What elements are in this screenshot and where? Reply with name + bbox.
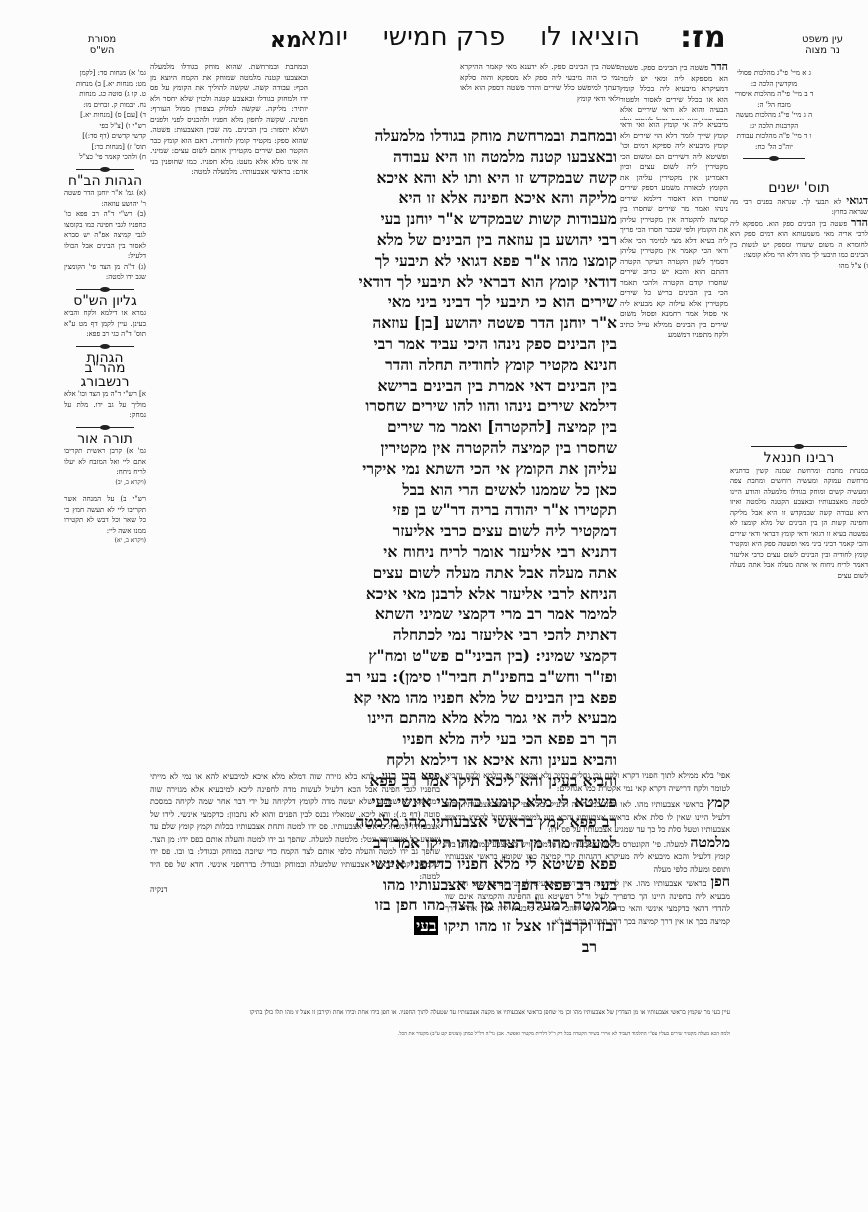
- gemara-line: כאן כל שממנו לאשים הרי הוא בבל: [312, 480, 617, 501]
- title-word: יומא: [300, 22, 348, 52]
- ein-mishpat-item: ו ד מיי' פ"ה מהלכות עבודת יוה"כ הל' כח:: [730, 131, 818, 152]
- tag-line: עין משפט: [802, 34, 843, 45]
- rashi-upper-text: פשטה בין הבינים ספק. לא ידענא מאי קאמר ה…: [460, 62, 620, 103]
- gemara-line: תקטירו א"ר יהודה בריה דר"ש בן פזי: [312, 500, 617, 521]
- rashi-commentary-side: ובמחבת ובמרחשת. שהוא מוחק בגודלו מלמעלה …: [150, 62, 308, 762]
- gemara-line: חנינא מקטיר קומץ לחודיה תחלה והדר: [312, 355, 617, 376]
- masoret-hashas-column: גמ' א) מנחות סד: [לקמן מט: מנחות יא.] ב)…: [64, 68, 146, 547]
- masoret-line: רש"י ו) [צ"ל כפי: [64, 121, 146, 132]
- gemara-line: ובמחבת ובמרחשת מוחק בגודלו מלמעלה: [312, 126, 617, 147]
- gemara-line: ופז"ר וחש"ב בחפינ"ת חביר"ו סימן): בעי רב: [312, 667, 617, 688]
- page-number: מז:: [680, 20, 726, 55]
- tosafot-yeshanim-column: תוס' ישנים דגואי לא תבעי לך. שנראה בפנים…: [730, 180, 868, 435]
- tosafot-yeshanim-entry: דגואי לא תבעי לך. שנראה בפנים רבי מה שנר…: [730, 196, 868, 218]
- gemara-line: מליקה והא איכא חפינה אלא זו היא: [312, 188, 617, 209]
- ein-mishpat-item: ה ג מיי' פי"ג מהלכות מעשה הקרבנות הלכה י…: [730, 110, 818, 131]
- gemara-line: דודאי קומץ הוא דבראי לא תיבעי לך דודאי: [312, 272, 617, 293]
- ornament-divider: [76, 346, 133, 347]
- gemara-line: שירים הוא כי תיבעי לך דביני ביני מאי: [312, 292, 617, 313]
- ein-mishpat-tag: עין משפט נר מצוה: [802, 34, 843, 56]
- tosafot-entry: קמץ בראשי אצבעותיו מהו. לאו היינו כמו דה…: [445, 797, 730, 837]
- rabbeinu-text: במנחת מחבת ומרחשת שמנה קשין כדתניא מרחשת…: [730, 466, 868, 582]
- gemara-line: אתה מעלה אבל אתה מעלה לשום עצים: [312, 563, 617, 584]
- title-word: הוציאו לו: [540, 22, 640, 52]
- gemara-line: פפא בין הבינים של מלא חפניו מהו מאי קא: [312, 688, 617, 709]
- tosafot-lower-block: אפי' בלא ממילא לתוך חפניו דקרא ולקח גבי …: [445, 770, 730, 1005]
- gemara-line: דילמא שירים נינהו והוו להו שירים שחסרו: [312, 396, 617, 417]
- entry-text: בראשי אצבעותיו מהו. אין להקשות כיון דכבר…: [445, 879, 730, 926]
- ornament-divider: [76, 169, 133, 170]
- masoret-line: מט: מנחות יא.] ב) מנחות: [64, 79, 146, 90]
- entry-text: למעלה. פי' הקונטרס בראשי אצבעותיו מן מלמ…: [445, 840, 730, 874]
- tosafot-upper-block: הדר פשטה בין הבינים ספק. פשטה הא מספקא ל…: [620, 62, 728, 120]
- tosafot-yeshanim-title: תוס' ישנים: [730, 183, 868, 194]
- gemara-line: דתניא רבי אליעזר אומר לריח ניחוח אי: [312, 542, 617, 563]
- masoret-line: נח. יבמות ק. זבחים מו:: [64, 100, 146, 111]
- rashi-lower-block: פפא הכי בעי. להא בלא גזירה שוה דמלא מלא …: [150, 770, 440, 1000]
- gilyon-hashas-title: גליון הש"ס: [64, 296, 146, 307]
- masoret-line: ד) [עם] ס) [מנחות יא.]: [64, 110, 146, 121]
- gemara-line: מבעיא ליה אי גמר מלא מלא מהתם היינו: [312, 708, 617, 729]
- footnote-line: ולמה הכא מעלה מקטיר שירים בעליו עפ"י התל…: [150, 1030, 730, 1039]
- entry-text: פשטה בין הבינים ספק הוא. מספקא ליה לרבי …: [730, 220, 868, 260]
- gemara-line: מעבודות קשות שבמקדש א"ר יוחנן בעי: [312, 209, 617, 230]
- gemara-line: א"ר יוחנן הדר פשטה יהושע [בן] עוזאה: [312, 313, 617, 334]
- tosafot-entry: מלמטה למעלה. פי' הקונטרס בראשי אצבעותיו …: [445, 837, 730, 877]
- chapter-title: הוציאו לו פרק חמישי יומא: [300, 22, 640, 52]
- gemara-line: בין קמיצה [להקטרה] ואמר מר שירים: [312, 417, 617, 438]
- gilyon-text: גמרא או דילמא ולקח והביא בעינן. עיין לקמ…: [64, 308, 146, 340]
- hagahot-item: (ג) ד"ה מן הצד פי' הקומצין שגב ידו למטה:: [64, 262, 146, 283]
- dibur-hamatchil: דגואי: [846, 194, 868, 207]
- maharav-title: הגהות מהר"ב: [64, 353, 146, 374]
- rabbeinu-chananel-title: רבינו חננאל: [730, 453, 868, 464]
- maharav-title2: רנשבורג: [64, 377, 146, 388]
- tosafot-yeshanim-entry: הדר פשטה בין הבינים ספק הוא. מספקא ליה ל…: [730, 218, 868, 261]
- tosafot-commentary-side: מיבעיא ליה אי קומץ הוא ואי ודאי קומץ שיי…: [620, 120, 728, 765]
- gemara-line: דקמצי שמיני: (בין הביני"ם פש"ט ומח"ץ: [312, 646, 617, 667]
- dibur-hamatchil: חפן: [711, 874, 730, 890]
- masoret-hashas-tag: מסורת הש"ס: [88, 34, 116, 56]
- rashi-lower-catchword: דנקיה: [150, 884, 440, 897]
- gemara-line: קומצו מהו א"ר פפא דגואי לא תיבעי לך: [312, 251, 617, 272]
- gemara-line: קשה שבמקדש זו היא ותו לא והא איכא: [312, 168, 617, 189]
- gemara-line: דמקטיר ליה לשום עצים כרבי אליעזר: [312, 521, 617, 542]
- gemara-line: למימר אמר רב מרי דקמצי שמיני השתא: [312, 604, 617, 625]
- ein-mishpat-item: ד ב מיי' פי"ה מהלכות איסורי מזבח הל' ה:: [730, 89, 818, 110]
- tag-line: נר מצוה: [802, 45, 843, 56]
- tosafot-entry: חפן בראשי אצבעותיו מהו. אין להקשות כיון …: [445, 876, 730, 928]
- gemara-line: בין הבינים דאי אמרת בין הבינים ברישא: [312, 376, 617, 397]
- footnote-line: עיין בעי מר שקמץ בראשי אצבעותיו או מן הצ…: [150, 1008, 730, 1017]
- dibur-hamatchil: הדר: [851, 216, 868, 229]
- masoret-line: תוס' ז) [מנחות כד:]: [64, 142, 146, 153]
- ornament-divider: [751, 446, 848, 447]
- gemara-line: דאתית להכי רבי אליעזר נמי לכתחלה: [312, 625, 617, 646]
- gemara-line: והביא בעינן והא איכא או דילמא ולקח: [312, 750, 617, 771]
- rashi-lower-text: להא בלא גזירה שוה דמלא מלא איכא למיבעיא …: [150, 772, 440, 881]
- gemara-line: רבי יהושע בן עוזאה בין הבינים של מלא: [312, 230, 617, 251]
- rashi-text: ובמחבת ובמרחשת. שהוא מוחק בגודלו מלמעלה …: [150, 62, 308, 176]
- hagahot-bach-title: הגהות הב"ח: [64, 176, 146, 187]
- entry-text: בראשי אצבעותיו מהו. לאו היינו כמו דהוה ד…: [445, 800, 730, 834]
- rashi-upper-block: פשטה בין הבינים ספק. לא ידענא מאי קאמר ה…: [460, 62, 620, 122]
- daf-number-left: מא: [270, 28, 302, 53]
- gemara-line: עליהן את הקומץ אי הכי השתא נמי איקרי: [312, 459, 617, 480]
- dibur-hamatchil: פפא הכי בעי.: [378, 770, 440, 782]
- tosafot-yeshanim-footnote: ו) צ"ל מהו: [730, 261, 868, 272]
- dibur-hamatchil: קמץ: [707, 795, 730, 811]
- tosafot-lower-text: אפי' בלא ממילא לתוך חפניו דקרא ולקח גבי …: [445, 771, 730, 793]
- tag-line: הש"ס: [88, 45, 116, 56]
- gemara-line: הניחא לרבי אליעזר אלא לרבנן מאי איכא: [312, 584, 617, 605]
- gemara-line: בין הבינים ספק נינהו היכי עביד אמר רבי: [312, 334, 617, 355]
- hagahot-item: (ב) רש"י ד"ה רב פפא כו' כחפניו לגבי חפינ…: [64, 209, 146, 262]
- dibur-hamatchil: מלמטה: [690, 835, 730, 851]
- torah-or-title: תורה אור: [64, 434, 146, 445]
- ornament-divider: [76, 289, 133, 290]
- page-header: מסורת הש"ס מא הוציאו לו פרק חמישי יומא מ…: [0, 0, 868, 58]
- masoret-line: ח) ולהכי קאמר פי' כצ"ל: [64, 152, 146, 163]
- rabbeinu-chananel-column: רבינו חננאל במנחת מחבת ומרחשת שמנה קשין …: [730, 440, 868, 995]
- ein-mishpat-item: ג א מיי' פי"ג מהלכות פסולי מוקדשין הלכה …: [730, 68, 818, 89]
- tosafot-dibur-hamatchil: הדר: [711, 62, 728, 73]
- gemara-line: שחסרו בין קמיצה להקטרה אין מקטירין: [312, 438, 617, 459]
- tag-line: מסורת: [88, 34, 116, 45]
- ein-mishpat-column: ג א מיי' פי"ג מהלכות פסולי מוקדשין הלכה …: [730, 68, 818, 165]
- torah-or-ref: (ויקרא ב, יב): [64, 478, 146, 489]
- masoret-line: קדשי קדשים (דף סד:)]: [64, 131, 146, 142]
- masoret-line: גמ' א) מנחות סד: [לקמן: [64, 68, 146, 79]
- hagahot-item: (א) גמ' א"ר יוחנן הדר פשטה ר' יהושע עוזא…: [64, 188, 146, 209]
- title-word: פרק חמישי: [383, 22, 505, 52]
- ornament-divider: [76, 427, 133, 428]
- gemara-line: הך רב פפא הכי בעי ליה מלא חפניו: [312, 729, 617, 750]
- maharav-text: א] רש"י ד"ה מן הצד וכו' אלא מוליך על גב …: [64, 389, 146, 421]
- masoret-line: ט. קו ג) סוטה כג. מנחות: [64, 89, 146, 100]
- torah-or-text: גמ' א) קרבן ראשית תקריבו אתם ליי ואל המז…: [64, 446, 146, 478]
- gemara-line: ובאצבעו קטנה מלמטה וזו היא עבודה: [312, 147, 617, 168]
- tosafot-side-text: מיבעיא ליה אי קומץ הוא ואי ודאי קומץ שיי…: [620, 120, 728, 339]
- torah-or-text: רש"י ב) על המנחה אשר תקריבו ליי לא תעשה …: [64, 494, 146, 536]
- ornament-divider: [743, 158, 805, 159]
- torah-or-ref: (ויקרא ב, יא): [64, 536, 146, 547]
